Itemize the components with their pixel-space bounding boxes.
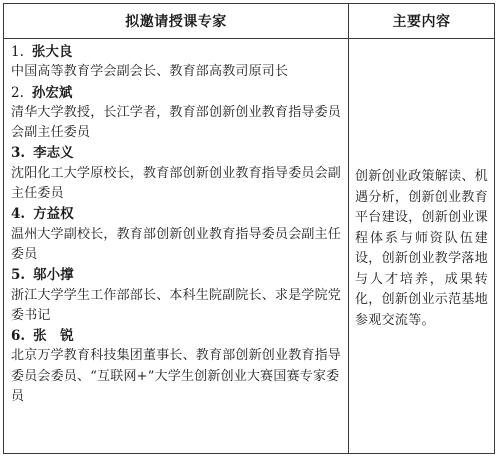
expert-name-text: 张 锐 — [33, 328, 74, 344]
expert-name: 3.李志义 — [11, 143, 342, 163]
expert-name: 4.方益权 — [11, 204, 342, 224]
expert-name-text: 方益权 — [33, 206, 74, 222]
content-cell: 创新创业政策解读、机遇分析，创新创业教育平台建设，创新创业课程体系与师资队伍建设… — [349, 39, 494, 453]
expert-entry: 2.孙宏斌 清华大学教授，长江学者，教育部创新创业教育指导委员会副主任委员 — [11, 83, 342, 144]
header-experts-label: 拟邀请授课专家 — [125, 11, 227, 31]
expert-description: 浙江大学学生工作部部长、本科生院副院长、求是学院党委书记 — [11, 286, 342, 327]
expert-number: 1. — [11, 44, 24, 60]
expert-name-text: 李志义 — [33, 145, 74, 161]
expert-name: 6.张 锐 — [11, 326, 342, 346]
expert-entry: 4.方益权 温州大学副校长，教育部创新创业教育指导委员会副主任委员 — [11, 204, 342, 265]
expert-description: 沈阳化工大学原校长，教育部创新创业教育指导委员会副主任委员 — [11, 164, 342, 205]
expert-name-text: 邬小撑 — [33, 267, 74, 283]
expert-description: 中国高等教育学会副会长、教育部高教司原司长 — [11, 62, 342, 82]
expert-number: 2. — [11, 85, 24, 101]
expert-number: 3. — [11, 145, 25, 161]
expert-description: 清华大学教授，长江学者，教育部创新创业教育指导委员会副主任委员 — [11, 103, 342, 144]
expert-name-text: 孙宏斌 — [32, 85, 73, 101]
expert-name: 2.孙宏斌 — [11, 83, 342, 103]
expert-entry: 6.张 锐 北京万学教育科技集团董事长、教育部创新创业教育指导委员会委员、“互联… — [11, 326, 342, 407]
header-content-label: 主要内容 — [393, 11, 451, 31]
expert-name-text: 张大良 — [32, 44, 73, 60]
expert-entry: 5.邬小撑 浙江大学学生工作部部长、本科生院副院长、求是学院党委书记 — [11, 265, 342, 326]
expert-description: 北京万学教育科技集团董事长、教育部创新创业教育指导委员会委员、“互联网+”大学生… — [11, 346, 342, 407]
header-experts: 拟邀请授课专家 — [4, 4, 349, 39]
expert-number: 5. — [11, 267, 25, 283]
expert-number: 4. — [11, 206, 25, 222]
expert-entry: 3.李志义 沈阳化工大学原校长，教育部创新创业教育指导委员会副主任委员 — [11, 143, 342, 204]
expert-name: 1.张大良 — [11, 42, 342, 62]
expert-number: 6. — [11, 328, 25, 344]
header-content: 主要内容 — [349, 4, 494, 39]
expert-name: 5.邬小撑 — [11, 265, 342, 285]
expert-entry: 1.张大良 中国高等教育学会副会长、教育部高教司原司长 — [11, 42, 342, 83]
main-content-text: 创新创业政策解读、机遇分析，创新创业教育平台建设，创新创业课程体系与师资队伍建设… — [355, 167, 488, 331]
experts-cell: 1.张大良 中国高等教育学会副会长、教育部高教司原司长 2.孙宏斌 清华大学教授… — [4, 39, 349, 453]
expert-description: 温州大学副校长，教育部创新创业教育指导委员会副主任委员 — [11, 225, 342, 266]
experts-table: 拟邀请授课专家 主要内容 1.张大良 中国高等教育学会副会长、教育部高教司原司长… — [3, 3, 495, 454]
